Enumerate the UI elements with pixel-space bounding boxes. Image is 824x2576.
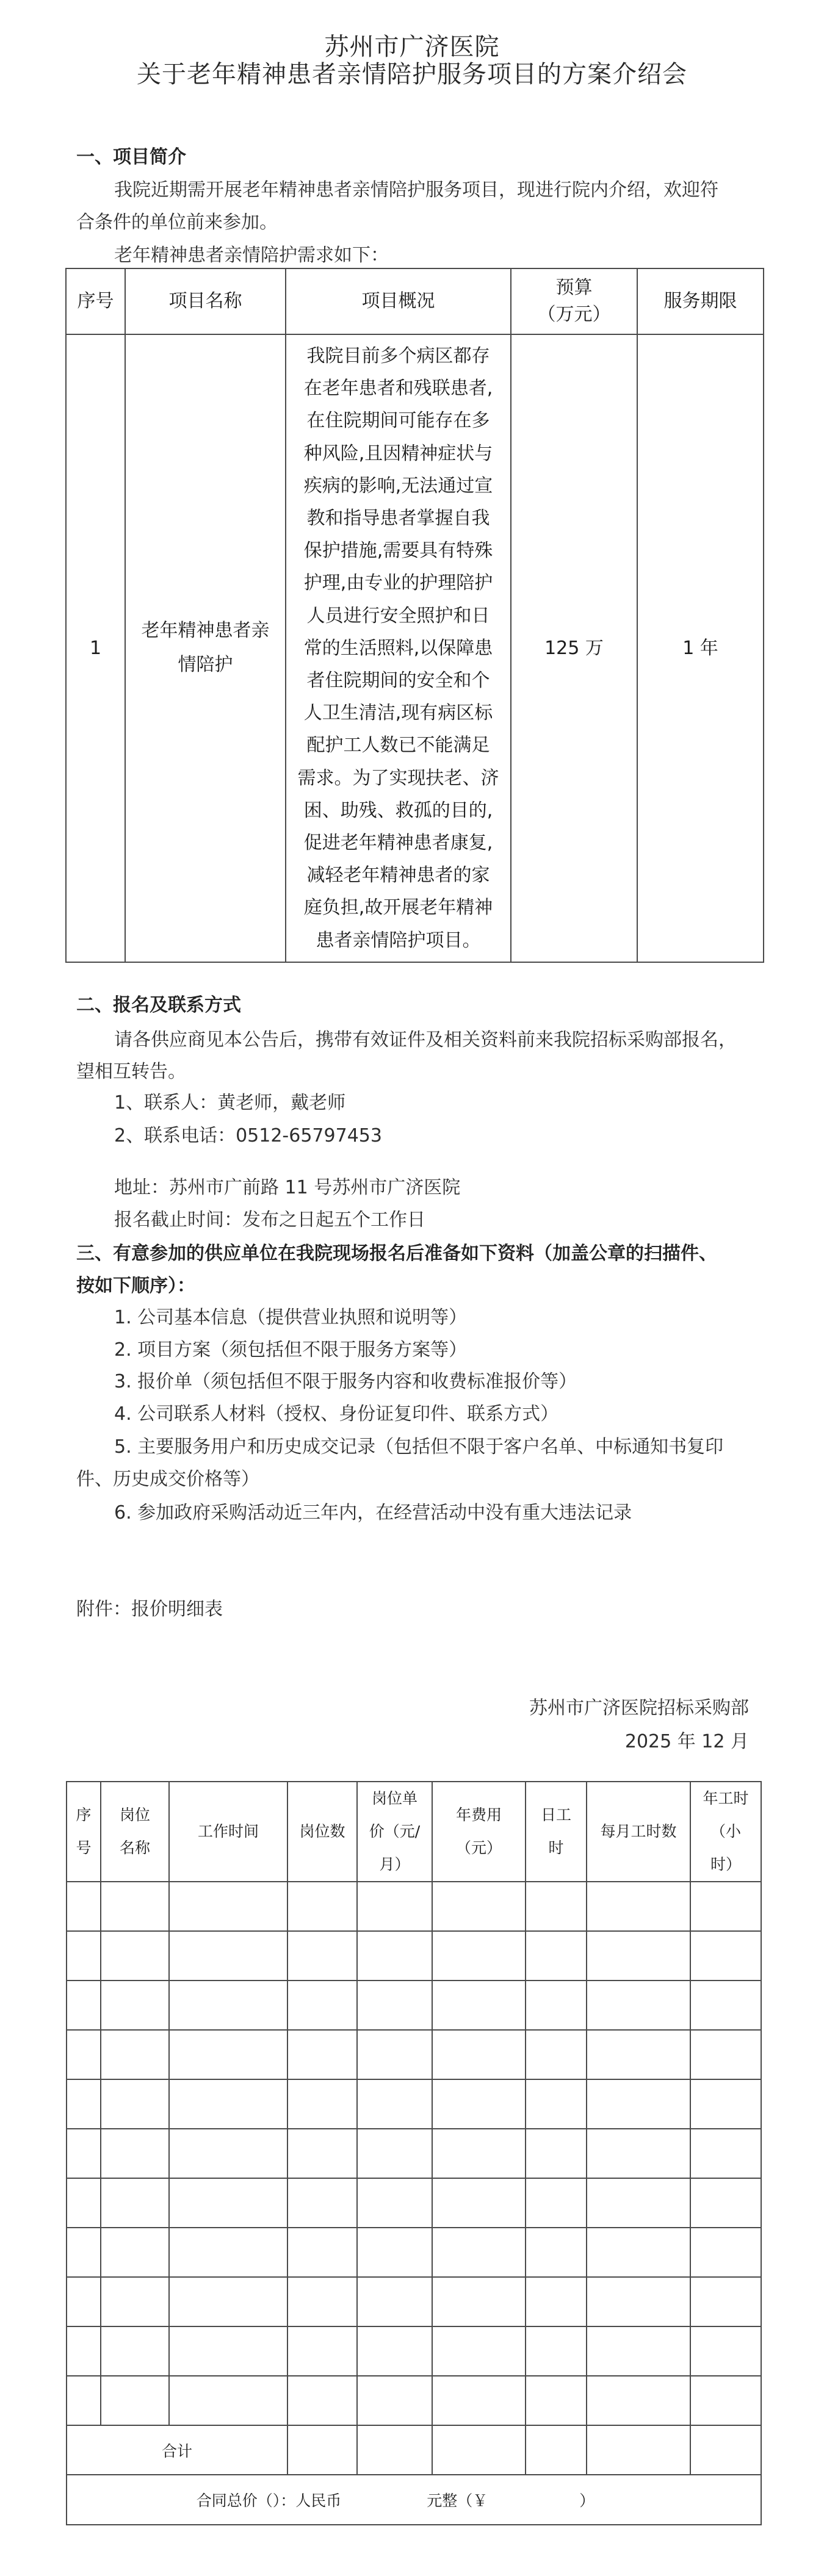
cell-seq[interactable] <box>67 2326 101 2376</box>
section1-paragraph-line2: 合条件的单位前来参加。 <box>76 212 278 234</box>
section3-heading-line1: 三、有意参加的供应单位在我院现场报名后准备如下资料（加盖公章的扫描件、 <box>76 1243 717 1265</box>
cell-work-time[interactable] <box>169 2326 287 2376</box>
cell-seq[interactable] <box>67 2079 101 2129</box>
table-row <box>67 2326 761 2376</box>
cell-position-name[interactable] <box>101 1931 169 1981</box>
cell-work-time[interactable] <box>169 2277 287 2326</box>
cell-position-count[interactable] <box>287 2129 357 2178</box>
cell-position-count[interactable] <box>287 2178 357 2228</box>
cell-annual-hours[interactable] <box>690 2129 761 2178</box>
overview-line: 配护工人数已不能满足 <box>295 729 502 761</box>
cell-position-name[interactable] <box>101 1882 169 1931</box>
overview-line: 困、助残、救孤的目的, <box>295 794 502 827</box>
cell-position-name[interactable] <box>101 2129 169 2178</box>
cell-work-time[interactable] <box>169 2228 287 2277</box>
cell-annual-hours[interactable] <box>690 1931 761 1981</box>
cell-annual-cost[interactable] <box>432 1931 526 1981</box>
section2-paragraph-line1: 请各供应商见本公告后，携带有效证件及相关资料前来我院招标采购部报名， <box>114 1029 737 1051</box>
cell-position-count[interactable] <box>287 1882 357 1931</box>
header-annual-hours-line: 时） <box>693 1848 758 1881</box>
cell-work-time[interactable] <box>169 2376 287 2425</box>
cell-annual-cost[interactable] <box>432 2079 526 2129</box>
cell-position-count[interactable] <box>287 1931 357 1981</box>
cell-position-name[interactable] <box>101 2376 169 2425</box>
header-work-time: 工作时间 <box>169 1782 287 1882</box>
material-item-2: 2. 项目方案（须包括但不限于服务方案等） <box>114 1339 467 1361</box>
cell-seq: 1 <box>66 334 125 962</box>
cell-annual-hours[interactable] <box>690 1882 761 1931</box>
cell-monthly-hours[interactable] <box>587 2228 690 2277</box>
table-row <box>67 2228 761 2277</box>
section3-heading-line2: 按如下顺序）： <box>76 1275 195 1297</box>
cell-budget: 125 万 <box>511 334 637 962</box>
cell-position-name[interactable] <box>101 2178 169 2228</box>
sum-cell-monthly-hours[interactable] <box>587 2425 690 2475</box>
table-row <box>67 2079 761 2129</box>
overview-line: 我院目前多个病区都存 <box>295 340 502 372</box>
cell-work-time[interactable] <box>169 2030 287 2079</box>
overview-line: 需求。为了实现扶老、济 <box>295 762 502 794</box>
cell-monthly-hours[interactable] <box>587 1931 690 1981</box>
cell-unit-price[interactable] <box>357 1931 432 1981</box>
section1-heading: 一、项目简介 <box>76 146 186 168</box>
header-position-name-line: 岗位 <box>104 1799 166 1832</box>
overview-line: 常的生活照料,以保障患 <box>295 632 502 664</box>
cell-annual-hours[interactable] <box>690 2228 761 2277</box>
cell-annual-hours[interactable] <box>690 2079 761 2129</box>
cell-seq[interactable] <box>67 1931 101 1981</box>
cell-monthly-hours[interactable] <box>587 2326 690 2376</box>
cell-daily-hours[interactable] <box>526 2079 587 2129</box>
sum-cell-annual-cost[interactable] <box>432 2425 526 2475</box>
signature-date: 2025 年 12 月 <box>625 1731 749 1753</box>
header-annual-hours: 年工时（小时） <box>690 1782 761 1882</box>
cell-annual-cost[interactable] <box>432 2178 526 2228</box>
header-unit-price-line: 岗位单 <box>360 1782 429 1815</box>
header-unit-price: 岗位单价（元/月） <box>357 1782 432 1882</box>
cell-seq[interactable] <box>67 2030 101 2079</box>
cell-unit-price[interactable] <box>357 2326 432 2376</box>
quote-detail-table: 序号岗位名称工作时间岗位数岗位单价（元/月）年费用（元）日工时每月工时数年工时（… <box>66 1781 762 2525</box>
cell-work-time[interactable] <box>169 1931 287 1981</box>
header-seq: 序号 <box>66 268 125 334</box>
header-budget-line1: 预算 <box>511 275 637 301</box>
overview-line: 在住院期间可能存在多 <box>295 405 502 437</box>
header-seq-line: 序 <box>70 1799 98 1832</box>
cell-daily-hours[interactable] <box>526 2030 587 2079</box>
cell-annual-cost[interactable] <box>432 2129 526 2178</box>
cell-annual-hours[interactable] <box>690 2326 761 2376</box>
header-monthly-hours: 每月工时数 <box>587 1782 690 1882</box>
cell-position-count[interactable] <box>287 2079 357 2129</box>
overview-line: 教和指导患者掌握自我 <box>295 502 502 534</box>
cell-unit-price[interactable] <box>357 2228 432 2277</box>
requirements-table-header: 序号 项目名称 项目概况 预算 （万元） 服务期限 <box>66 268 764 334</box>
section2-heading: 二、报名及联系方式 <box>76 995 241 1016</box>
attachment-note: 附件：报价明细表 <box>76 1599 223 1621</box>
material-item-1: 1. 公司基本信息（提供营业执照和说明等） <box>114 1307 467 1329</box>
cell-seq[interactable] <box>67 2376 101 2425</box>
sum-row: 合计 <box>67 2425 761 2475</box>
overview-line: 人员进行安全照护和日 <box>295 600 502 632</box>
cell-annual-cost[interactable] <box>432 2376 526 2425</box>
header-position-count-line: 岗位数 <box>291 1815 354 1848</box>
header-unit-price-line: 价（元/ <box>360 1815 429 1848</box>
contract-total-unit: 元整（￥ <box>427 2489 488 2511</box>
overview-line: 在老年患者和残联患者, <box>295 372 502 405</box>
header-annual-cost: 年费用（元） <box>432 1782 526 1882</box>
header-position-name: 岗位名称 <box>101 1782 169 1882</box>
header-project-overview: 项目概况 <box>286 268 511 334</box>
material-item-6: 6. 参加政府采购活动近三年内，在经营活动中没有重大违法记录 <box>114 1502 632 1524</box>
overview-line: 促进老年精神患者康复, <box>295 827 502 859</box>
overview-line: 患者亲情陪护项目。 <box>295 924 502 957</box>
sum-label: 合计 <box>67 2425 287 2475</box>
header-budget: 预算 （万元） <box>511 268 637 334</box>
header-position-name-line: 名称 <box>104 1832 166 1865</box>
cell-position-name[interactable] <box>101 2277 169 2326</box>
cell-unit-price[interactable] <box>357 2129 432 2178</box>
overview-line: 者住院期间的安全和个 <box>295 664 502 697</box>
cell-unit-price[interactable] <box>357 1981 432 2030</box>
address: 地址：苏州市广前路 11 号苏州市广济医院 <box>114 1177 460 1199</box>
overview-line: 庭负担,故开展老年精神 <box>295 891 502 924</box>
cell-position-count[interactable] <box>287 2030 357 2079</box>
cell-monthly-hours[interactable] <box>587 2079 690 2129</box>
quote-table-header: 序号岗位名称工作时间岗位数岗位单价（元/月）年费用（元）日工时每月工时数年工时（… <box>67 1782 761 1882</box>
cell-unit-price[interactable] <box>357 2376 432 2425</box>
cell-position-name[interactable] <box>101 2228 169 2277</box>
requirements-table-intro: 老年精神患者亲情陪护需求如下： <box>114 245 389 267</box>
cell-annual-hours[interactable] <box>690 1981 761 2030</box>
header-budget-line2: （万元） <box>511 301 637 328</box>
contract-total-close: ） <box>579 2489 595 2511</box>
cell-daily-hours[interactable] <box>526 1882 587 1931</box>
cell-annual-hours[interactable] <box>690 2277 761 2326</box>
cell-unit-price[interactable] <box>357 2178 432 2228</box>
cell-annual-cost[interactable] <box>432 2228 526 2277</box>
cell-seq[interactable] <box>67 2129 101 2178</box>
cell-service-period: 1 年 <box>637 334 764 962</box>
overview-line: 护理,由专业的护理陪护 <box>295 567 502 599</box>
header-annual-hours-line: （小 <box>693 1815 758 1848</box>
sum-cell-position-count[interactable] <box>287 2425 357 2475</box>
cell-daily-hours[interactable] <box>526 1981 587 2030</box>
cell-position-name[interactable] <box>101 2079 169 2129</box>
cell-daily-hours[interactable] <box>526 1931 587 1981</box>
cell-unit-price[interactable] <box>357 2030 432 2079</box>
cell-unit-price[interactable] <box>357 1882 432 1931</box>
table-row: 1 老年精神患者亲情陪护 我院目前多个病区都存在老年患者和残联患者,在住院期间可… <box>66 334 764 962</box>
cell-seq[interactable] <box>67 1981 101 2030</box>
registration-deadline: 报名截止时间：发布之日起五个工作日 <box>114 1209 425 1231</box>
section1-paragraph-line1: 我院近期需开展老年精神患者亲情陪护服务项目，现进行院内介绍，欢迎符 <box>114 179 718 201</box>
overview-line: 保护措施,需要具有特殊 <box>295 534 502 567</box>
header-work-time-line: 工作时间 <box>172 1815 284 1848</box>
cell-annual-hours[interactable] <box>690 2030 761 2079</box>
material-item-5: 5. 主要服务用户和历史成交记录（包括但不限于客户名单、中标通知书复印 <box>114 1436 723 1458</box>
cell-position-count[interactable] <box>287 2326 357 2376</box>
cell-annual-cost[interactable] <box>432 2030 526 2079</box>
cell-daily-hours[interactable] <box>526 2326 587 2376</box>
cell-work-time[interactable] <box>169 1981 287 2030</box>
cell-position-count[interactable] <box>287 2228 357 2277</box>
header-service-period: 服务期限 <box>637 268 764 334</box>
document-title-line2: 关于老年精神患者亲情陪护服务项目的方案介绍会 <box>0 60 824 88</box>
cell-work-time[interactable] <box>169 2079 287 2129</box>
table-row <box>67 2178 761 2228</box>
cell-monthly-hours[interactable] <box>587 2030 690 2079</box>
header-annual-cost-line: 年费用 <box>435 1799 522 1832</box>
requirements-table: 序号 项目名称 项目概况 预算 （万元） 服务期限 1 老年精神患者亲情陪护 我… <box>65 268 764 963</box>
cell-position-name[interactable] <box>101 2030 169 2079</box>
cell-position-name[interactable] <box>101 2326 169 2376</box>
cell-monthly-hours[interactable] <box>587 2178 690 2228</box>
cell-monthly-hours[interactable] <box>587 2376 690 2425</box>
cell-work-time[interactable] <box>169 2178 287 2228</box>
header-seq: 序号 <box>67 1782 101 1882</box>
contact-person: 1、联系人：黄老师，戴老师 <box>114 1092 345 1114</box>
table-row <box>67 1931 761 1981</box>
material-item-4: 4. 公司联系人材料（授权、身份证复印件、联系方式） <box>114 1403 558 1425</box>
material-item-5-continued: 件、历史成交价格等） <box>76 1469 259 1491</box>
cell-position-count[interactable] <box>287 2376 357 2425</box>
table-row <box>67 1882 761 1931</box>
header-monthly-hours-line: 每月工时数 <box>590 1815 687 1848</box>
cell-annual-cost[interactable] <box>432 2277 526 2326</box>
cell-daily-hours[interactable] <box>526 2277 587 2326</box>
header-daily-hours-line: 日工 <box>529 1799 584 1832</box>
cell-annual-hours[interactable] <box>690 2178 761 2228</box>
cell-daily-hours[interactable] <box>526 2228 587 2277</box>
cell-position-count[interactable] <box>287 1981 357 2030</box>
cell-unit-price[interactable] <box>357 2079 432 2129</box>
cell-position-count[interactable] <box>287 2277 357 2326</box>
overview-line: 疾病的影响,无法通过宣 <box>295 470 502 502</box>
header-annual-hours-line: 年工时 <box>693 1782 758 1815</box>
header-seq-line: 号 <box>70 1832 98 1865</box>
header-position-count: 岗位数 <box>287 1782 357 1882</box>
header-unit-price-line: 月） <box>360 1848 429 1881</box>
table-row <box>67 1981 761 2030</box>
cell-work-time[interactable] <box>169 1882 287 1931</box>
table-row <box>67 2277 761 2326</box>
cell-annual-hours[interactable] <box>690 2376 761 2425</box>
overview-line: 种风险,且因精神症状与 <box>295 437 502 470</box>
sum-cell-annual-hours[interactable] <box>690 2425 761 2475</box>
header-annual-cost-line: （元） <box>435 1832 522 1865</box>
cell-project-name: 老年精神患者亲情陪护 <box>125 334 286 962</box>
cell-monthly-hours[interactable] <box>587 1981 690 2030</box>
sum-cell-unit-price[interactable] <box>357 2425 432 2475</box>
cell-unit-price[interactable] <box>357 2277 432 2326</box>
cell-seq[interactable] <box>67 2277 101 2326</box>
overview-text: 我院目前多个病区都存在老年患者和残联患者,在住院期间可能存在多种风险,且因精神症… <box>295 340 502 957</box>
contract-total-label: 合同总价（）：人民币 <box>197 2489 342 2511</box>
contract-total-cell[interactable]: 合同总价（）：人民币元整（￥） <box>67 2475 761 2525</box>
cell-annual-cost[interactable] <box>432 1882 526 1931</box>
table-row <box>67 2376 761 2425</box>
table-row <box>67 2129 761 2178</box>
header-daily-hours-line: 时 <box>529 1832 584 1865</box>
cell-work-time[interactable] <box>169 2129 287 2178</box>
cell-monthly-hours[interactable] <box>587 2129 690 2178</box>
cell-daily-hours[interactable] <box>526 2178 587 2228</box>
overview-line: 减轻老年精神患者的家 <box>295 859 502 891</box>
sum-cell-daily-hours[interactable] <box>526 2425 587 2475</box>
overview-line: 人卫生清洁,现有病区标 <box>295 697 502 729</box>
section2-paragraph-line2: 望相互转告。 <box>76 1061 186 1083</box>
cell-monthly-hours[interactable] <box>587 2277 690 2326</box>
cell-annual-cost[interactable] <box>432 1981 526 2030</box>
cell-seq[interactable] <box>67 2228 101 2277</box>
cell-seq[interactable] <box>67 1882 101 1931</box>
material-item-3: 3. 报价单（须包括但不限于服务内容和收费标准报价等） <box>114 1371 577 1393</box>
signature-department: 苏州市广济医院招标采购部 <box>529 1697 749 1719</box>
cell-daily-hours[interactable] <box>526 2376 587 2425</box>
cell-monthly-hours[interactable] <box>587 1882 690 1931</box>
cell-annual-cost[interactable] <box>432 2326 526 2376</box>
contract-total-row: 合同总价（）：人民币元整（￥） <box>67 2475 761 2525</box>
header-daily-hours: 日工时 <box>526 1782 587 1882</box>
cell-seq[interactable] <box>67 2178 101 2228</box>
table-row <box>67 2030 761 2079</box>
contact-phone: 2、联系电话：0512-65797453 <box>114 1125 382 1147</box>
cell-position-name[interactable] <box>101 1981 169 2030</box>
cell-daily-hours[interactable] <box>526 2129 587 2178</box>
cell-project-overview: 我院目前多个病区都存在老年患者和残联患者,在住院期间可能存在多种风险,且因精神症… <box>286 334 511 962</box>
document-title-line1: 苏州市广济医院 <box>0 33 824 61</box>
header-project-name: 项目名称 <box>125 268 286 334</box>
